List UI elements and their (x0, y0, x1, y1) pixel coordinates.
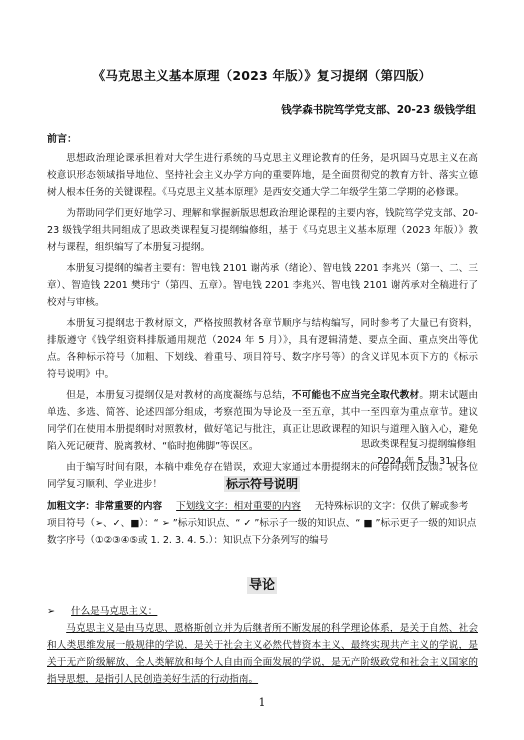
legend-title: 标示符号说明 (0, 475, 524, 492)
signature: 思政类课程复习提纲编修组 (361, 436, 476, 450)
preface-paragraph-4: 本册复习提纲忠于教材原文，严格按照教材各章节顺序与结构编写，同时参考了大量已有资… (47, 315, 478, 383)
arrow-bullet-icon: ➢ (47, 606, 71, 617)
paragraph-5-bold-text: 不可能也不应当完全取代教材 (292, 390, 420, 401)
section-title-text: 导论 (247, 577, 277, 594)
legend-row-bullets: 项目符号（➢、✓、■）：“ ➢ ”标示知识点、“ ✓ ”标示子一级的知识点、“ … (47, 515, 487, 532)
preface-paragraph-3: 本册复习提纲的编者主要有：智电钱 2101 谢芮承（绪论）、智电钱 2201 李… (47, 260, 478, 311)
legend-plain-label: 无特殊标识的文字：仅供了解或参考 (315, 501, 469, 512)
preface-paragraph-2: 为帮助同学们更好地学习、理解和掌握新版思想政治理论课程的主要内容，钱院笃学党支部… (47, 205, 478, 256)
preface-label: 前言： (47, 130, 77, 145)
paragraph-5-text-before: 但是，本册复习提纲仅是对教材的高度凝练与总结， (66, 390, 292, 401)
legend-row-numbers: 数字序号（①②③④⑤或 1. 2. 3. 4. 5.）：知识点下分条列写的编号 (47, 532, 487, 549)
marxism-definition: 马克思主义是由马克思、恩格斯创立并为后继者所不断发展的科学理论体系，是关于自然、… (47, 620, 478, 688)
signature-date: 2024 年 5 月 31 日 (377, 453, 464, 467)
document-author: 钱学森书院笃学党支部、20-23 级钱学组 (281, 102, 476, 117)
legend-bold-label: 加粗文字：非常重要的内容 (47, 501, 162, 512)
document-title: 《马克思主义基本原理（2023 年版）》复习提纲（第四版） (0, 66, 524, 84)
knowledge-point-heading: 什么是马克思主义： (71, 606, 157, 617)
legend-row-styles: 加粗文字：非常重要的内容下划线文字：相对重要的内容无特殊标识的文字：仅供了解或参… (47, 498, 487, 515)
legend-block: 加粗文字：非常重要的内容下划线文字：相对重要的内容无特殊标识的文字：仅供了解或参… (47, 498, 487, 549)
preface-paragraph-1: 思想政治理论课承担着对大学生进行系统的马克思主义理论教育的任务，是巩固马克思主义… (47, 150, 478, 201)
document-page: 《马克思主义基本原理（2023 年版）》复习提纲（第四版） 钱学森书院笃学党支部… (0, 0, 524, 740)
page-number: 1 (0, 696, 524, 709)
section-title: 导论 (0, 574, 524, 593)
knowledge-point: ➢什么是马克思主义： (47, 603, 157, 617)
legend-title-text: 标示符号说明 (224, 476, 300, 492)
legend-underline-label: 下划线文字：相对重要的内容 (176, 501, 301, 512)
